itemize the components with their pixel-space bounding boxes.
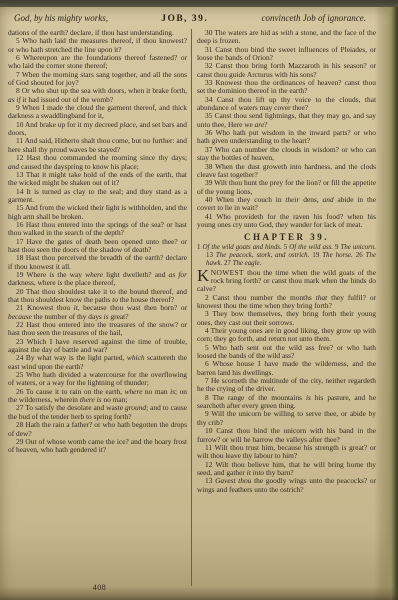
verse: 8 Or who shut up the sea with doors, whe… <box>8 87 187 104</box>
running-head-left: God, by his mighty works, <box>14 13 108 23</box>
verse: 19 Where is the way where light dwelleth… <box>8 271 187 288</box>
verse: 4 Their young ones are in good liking, t… <box>197 327 376 344</box>
verse: 39 Wilt thou hunt the prey for the lion?… <box>197 179 376 196</box>
verse: 37 Who can number the clouds in wisdom? … <box>197 146 376 163</box>
verse: 21 Knowest thou it, because thou wast th… <box>8 304 187 321</box>
verse: 6 Whereupon are the foundations thereof … <box>8 54 187 71</box>
verse: 5 Who hath sent out the wild ass free? o… <box>197 344 376 361</box>
verse: 28 Hath the rain a father? or who hath b… <box>8 421 187 438</box>
verse: 7 When the morning stars sang together, … <box>8 71 187 88</box>
verse: 12 Wilt thou believe him, that he will b… <box>197 461 376 478</box>
verse: 6 Whose house I have made the wilderness… <box>197 360 376 377</box>
verse: 30 The waters are hid as with a stone, a… <box>197 29 376 46</box>
verse: 26 To cause it to rain on the earth, whe… <box>8 388 187 405</box>
verse: 15 And from the wicked their light is wi… <box>8 204 187 221</box>
verse: 2 Canst thou number the months that they… <box>197 294 376 311</box>
verse: 10 And brake up for it my decreed place,… <box>8 121 187 138</box>
verse: 9 When I made the cloud the garment ther… <box>8 104 187 121</box>
verse: 12 Hast thou commanded the morning since… <box>8 154 187 171</box>
verse: 17 Have the gates of death been opened u… <box>8 238 187 255</box>
text-columns: dations of the earth? declare, if thou h… <box>8 29 376 586</box>
verse: 35 Canst thou send lightnings, that they… <box>197 112 376 129</box>
verse: 36 Who hath put wisdom in the inward par… <box>197 129 376 146</box>
verse: 24 By what way is the light parted, whic… <box>8 354 187 371</box>
verse: 8 The range of the mountains is his past… <box>197 394 376 411</box>
verse: 33 Knowest thou the ordinances of heaven… <box>197 79 376 96</box>
verse: 7 He scorneth the multitude of the city,… <box>197 377 376 394</box>
verse: 9 Will the unicorn be willing to serve t… <box>197 410 376 427</box>
running-head-center: JOB, 39. <box>161 14 208 24</box>
verse: 16 Hast thou entered into the springs of… <box>8 221 187 238</box>
verse: 20 That thou shouldest take it to the bo… <box>8 288 187 305</box>
verse: 14 It is turned as clay to the seal; and… <box>8 188 187 205</box>
page-number: 408 <box>8 583 191 592</box>
verse: 31 Canst thou bind the sweet influences … <box>197 46 376 63</box>
bible-page: God, by his mighty works, JOB, 39. convi… <box>0 7 398 600</box>
running-header: God, by his mighty works, JOB, 39. convi… <box>14 13 366 24</box>
verse: KNOWEST thou the time when the wild goat… <box>197 269 376 294</box>
verse: 38 When the dust groweth into hardness, … <box>197 163 376 180</box>
drop-cap: K <box>197 269 211 284</box>
left-column: dations of the earth? declare, if thou h… <box>8 29 191 586</box>
verse: 23 Which I have reserved against the tim… <box>8 338 187 355</box>
verse: 10 Canst thou bind the unicorn with his … <box>197 427 376 444</box>
verse: 34 Canst thou lift up thy voice to the c… <box>197 96 376 113</box>
verse: 13 Gavest thou the goodly wings unto the… <box>197 477 376 494</box>
verse: 3 They bow themselves, they bring forth … <box>197 310 376 327</box>
verse: 25 Who hath divided a watercourse for th… <box>8 371 187 388</box>
chapter-heading: CHAPTER 39. <box>197 232 376 242</box>
verse: 27 To satisfy the desolate and waste gro… <box>8 404 187 421</box>
verse: 5 Who hath laid the measures thereof, if… <box>8 37 187 54</box>
right-column-chapter-38-verses: 30 The waters are hid as with a stone, a… <box>197 29 376 229</box>
right-column: 30 The waters are hid as with a stone, a… <box>192 29 376 586</box>
verse: 18 Hast thou perceived the breadth of th… <box>8 254 187 271</box>
verse: 11 And said, Hitherto shalt thou come, b… <box>8 137 187 154</box>
right-column-chapter-39-verses: KNOWEST thou the time when the wild goat… <box>197 269 376 494</box>
verse: 13 That it might take hold of the ends o… <box>8 171 187 188</box>
verse: 29 Out of whose womb came the ice? and t… <box>8 438 187 455</box>
verse: 11 Wilt thou trust him, because his stre… <box>197 444 376 461</box>
verse: 41 Who provideth for the raven his food?… <box>197 213 376 230</box>
verse: 22 Hast thou entered into the treasures … <box>8 321 187 338</box>
verse: 40 When they couch in their dens, and ab… <box>197 196 376 213</box>
chapter-summary: 1 Of the wild goats and hinds. 5 Of the … <box>197 244 376 267</box>
running-head-right: convinceth Job of ignorance. <box>262 13 366 23</box>
verse: 32 Canst thou bring forth Mazzaroth in h… <box>197 62 376 79</box>
book-top-edge <box>0 0 398 7</box>
